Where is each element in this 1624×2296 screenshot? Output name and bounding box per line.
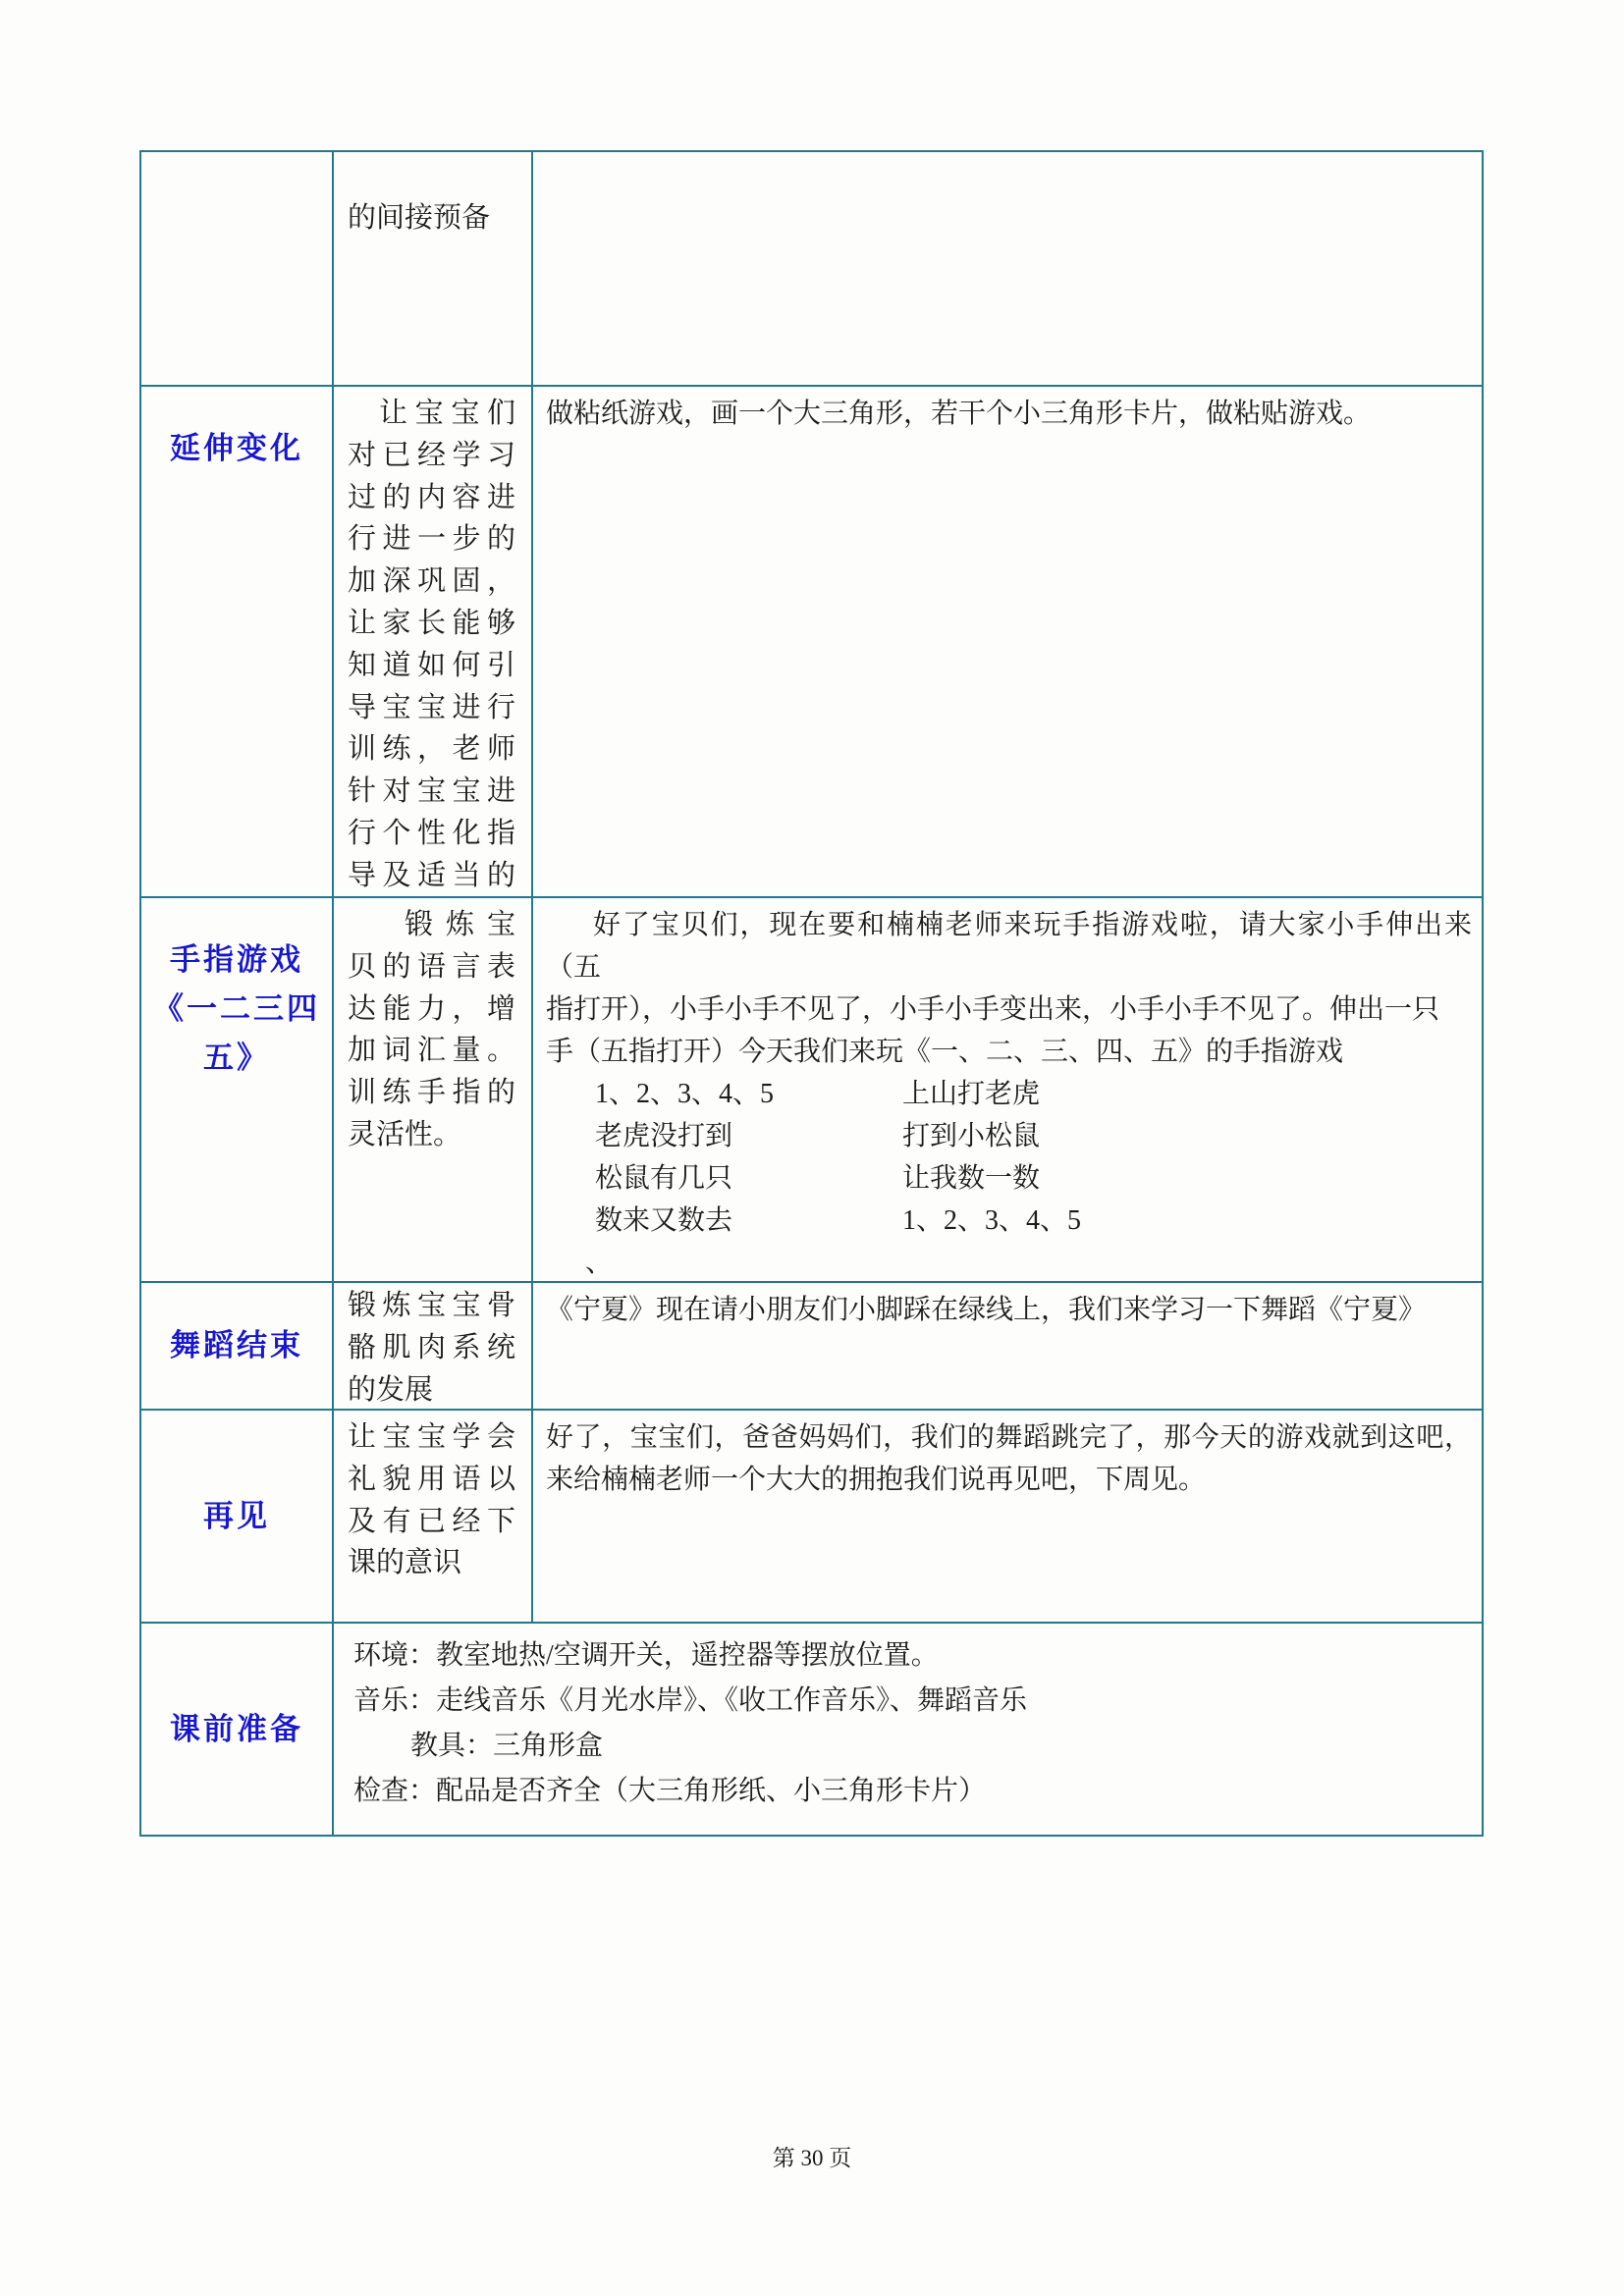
preparation-content-cell: 环境：教室地热/空调开关，遥控器等摆放位置。 音乐：走线音乐《月光水岸》、《收工… <box>332 1622 1482 1835</box>
rhyme-line-4: 数来又数去1、2、3、4、5 <box>546 1200 1472 1242</box>
dance-end-label: 舞蹈结束 <box>170 1321 303 1370</box>
finger-game-label-cell: 手指游戏 《一二三四 五》 <box>141 896 332 1281</box>
goodbye-goal-text: 让宝宝学会礼貌用语以及有已经下课的意识 <box>334 1411 531 1584</box>
rhyme-line-3: 松鼠有几只让我数一数 <box>546 1157 1472 1200</box>
prep-line-teaching-aids: 教具：三角形盒 <box>353 1724 1462 1769</box>
goodbye-content-cell: 好了，宝宝们，爸爸妈妈们，我们的舞蹈跳完了，那今天的游戏就到这吧，来给楠楠老师一… <box>531 1409 1482 1622</box>
rhyme-line-4-right: 1、2、3、4、5 <box>902 1205 1081 1236</box>
finger-game-intro-line-3: 手（五指打开）今天我们来玩《一、二、三、四、五》的手指游戏 <box>546 1031 1472 1073</box>
dance-end-goal-cell: 锻炼宝宝骨骼肌肉系统的发展 <box>332 1281 531 1409</box>
prep-line-music: 音乐：走线音乐《月光水岸》、《收工作音乐》、舞蹈音乐 <box>353 1679 1462 1724</box>
preparation-label: 课前准备 <box>170 1705 303 1754</box>
extension-content-text: 做粘纸游戏，画一个大三角形，若干个小三角形卡片，做粘贴游戏。 <box>533 387 1482 435</box>
extension-content-cell: 做粘纸游戏，画一个大三角形，若干个小三角形卡片，做粘贴游戏。 <box>531 385 1482 896</box>
goodbye-goal-cell: 让宝宝学会礼貌用语以及有已经下课的意识 <box>332 1409 531 1622</box>
dance-end-label-cell: 舞蹈结束 <box>141 1281 332 1409</box>
dance-end-goal-text: 锻炼宝宝骨骼肌肉系统的发展 <box>334 1283 531 1409</box>
rhyme-line-2: 老虎没打到打到小松鼠 <box>546 1115 1472 1157</box>
rhyme-line-2-right: 打到小松鼠 <box>902 1121 1040 1151</box>
finger-game-content-text: 好了宝贝们，现在要和楠楠老师来玩手指游戏啦，请大家小手伸出来（五 指打开），小手… <box>533 898 1482 1281</box>
goodbye-content-text: 好了，宝宝们，爸爸妈妈们，我们的舞蹈跳完了，那今天的游戏就到这吧，来给楠楠老师一… <box>533 1411 1482 1501</box>
preparation-label-cell: 课前准备 <box>141 1622 332 1835</box>
goodbye-label: 再见 <box>203 1492 270 1541</box>
rhyme-line-3-left: 松鼠有几只 <box>595 1157 902 1200</box>
document-page: 的间接预备 延伸变化 让宝宝们对已经学习过的内容进行进一步的加深巩固，让家长能够… <box>0 0 1624 2296</box>
finger-game-label-line-2: 《一二三四 <box>153 985 320 1034</box>
extension-goal-cell: 让宝宝们对已经学习过的内容进行进一步的加深巩固，让家长能够知道如何引导宝宝进行训… <box>332 385 531 896</box>
extension-goal-text: 让宝宝们对已经学习过的内容进行进一步的加深巩固，让家长能够知道如何引导宝宝进行训… <box>334 387 531 896</box>
continuation-content-cell <box>531 152 1482 385</box>
rhyme-line-1-left: 1、2、3、4、5 <box>595 1073 902 1115</box>
prep-line-check: 检查：配品是否齐全（大三角形纸、小三角形卡片） <box>353 1769 1462 1814</box>
finger-game-goal-text: 锻炼宝贝的语言表达能力，增加词汇量。训练手指的灵活性。 <box>334 898 531 1156</box>
dance-end-content-text: 《宁夏》现在请小朋友们小脚踩在绿线上，我们来学习一下舞蹈《宁夏》 <box>533 1283 1482 1331</box>
extension-label: 延伸变化 <box>170 424 303 473</box>
finger-game-label-line-1: 手指游戏 <box>170 935 303 985</box>
continuation-label-cell <box>141 152 332 385</box>
rhyme-line-1: 1、2、3、4、5上山打老虎 <box>546 1073 1472 1115</box>
page-number: 第 30 页 <box>0 2140 1624 2172</box>
dance-end-content-cell: 《宁夏》现在请小朋友们小脚踩在绿线上，我们来学习一下舞蹈《宁夏》 <box>531 1281 1482 1409</box>
continuation-goal-text: 的间接预备 <box>334 152 531 240</box>
punctuation-mark-line: 、 <box>546 1242 1472 1281</box>
rhyme-line-2-left: 老虎没打到 <box>595 1115 902 1157</box>
preparation-content-text: 环境：教室地热/空调开关，遥控器等摆放位置。 音乐：走线音乐《月光水岸》、《收工… <box>334 1624 1482 1814</box>
rhyme-line-3-right: 让我数一数 <box>902 1163 1040 1194</box>
finger-game-intro-line-1: 好了宝贝们，现在要和楠楠老师来玩手指游戏啦，请大家小手伸出来（五 <box>546 904 1472 988</box>
rhyme-line-1-right: 上山打老虎 <box>902 1079 1040 1109</box>
finger-game-content-cell: 好了宝贝们，现在要和楠楠老师来玩手指游戏啦，请大家小手伸出来（五 指打开），小手… <box>531 896 1482 1281</box>
goodbye-label-cell: 再见 <box>141 1409 332 1622</box>
finger-game-intro-line-2: 指打开），小手小手不见了，小手小手变出来，小手小手不见了。伸出一只 <box>546 988 1472 1031</box>
finger-game-label-line-3: 五》 <box>203 1034 270 1083</box>
continuation-goal-cell: 的间接预备 <box>332 152 531 385</box>
prep-line-environment: 环境：教室地热/空调开关，遥控器等摆放位置。 <box>353 1633 1462 1679</box>
lesson-plan-table: 的间接预备 延伸变化 让宝宝们对已经学习过的内容进行进一步的加深巩固，让家长能够… <box>139 150 1484 1837</box>
finger-game-goal-cell: 锻炼宝贝的语言表达能力，增加词汇量。训练手指的灵活性。 <box>332 896 531 1281</box>
rhyme-line-4-left: 数来又数去 <box>595 1200 902 1242</box>
extension-label-cell: 延伸变化 <box>141 385 332 896</box>
